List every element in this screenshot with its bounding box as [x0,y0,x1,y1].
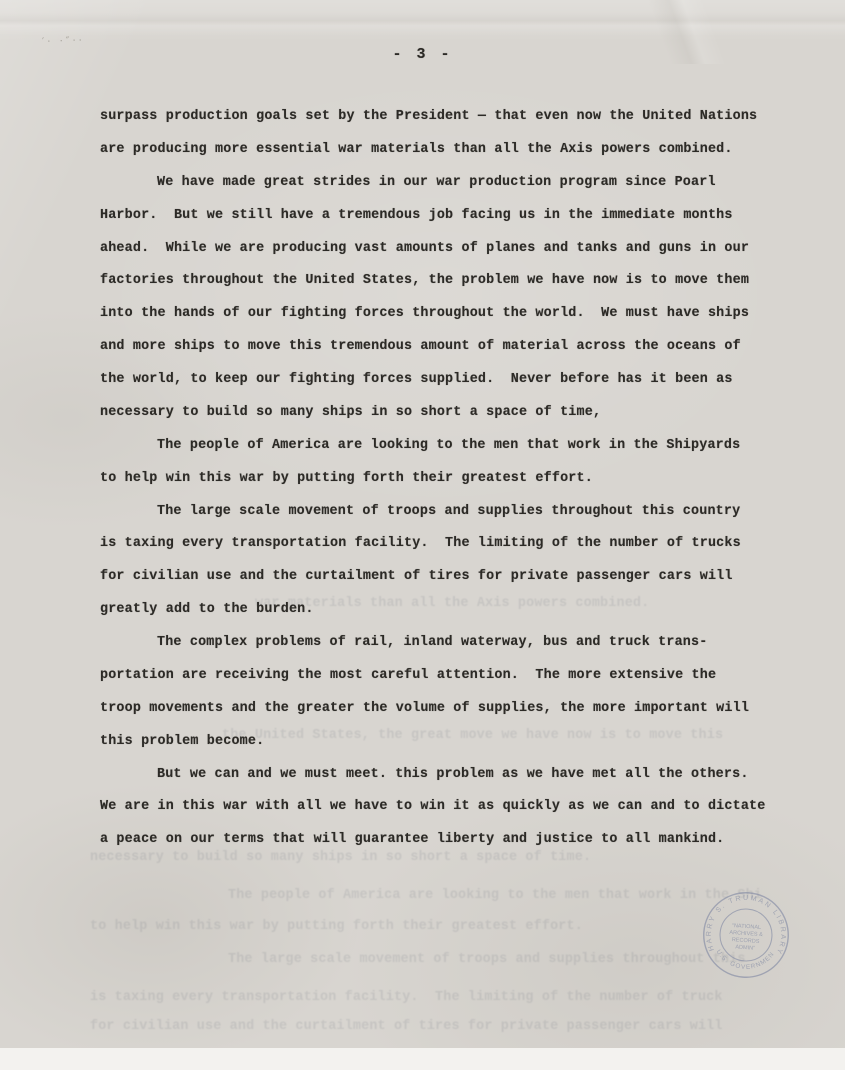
scan-background-strip [0,1048,845,1070]
document-line: is taxing every transportation facility.… [100,528,790,561]
document-line: troop movements and the greater the volu… [100,693,790,726]
document-line: ahead. While we are producing vast amoun… [100,233,790,266]
page-number: - 3 - [0,46,845,63]
ghost-line: The people of America are looking to the… [228,888,762,903]
ghost-line: to help win this war by putting forth th… [90,919,583,934]
document-line: We are in this war with all we have to w… [100,791,790,824]
document-line: are producing more essential war materia… [100,134,790,167]
document-line: a peace on our terms that will guarantee… [100,824,790,857]
ghost-line: The large scale movement of troops and s… [228,952,746,967]
document-line: portation are receiving the most careful… [100,660,790,693]
document-line: The people of America are looking to the… [100,430,790,463]
document-line: Harbor. But we still have a tremendous j… [100,200,790,233]
document-line: and more ships to move this tremendous a… [100,331,790,364]
document-line: for civilian use and the curtailment of … [100,561,790,594]
document-line: into the hands of our fighting forces th… [100,298,790,331]
paper-sheet: ′· ·″·· - 3 - war materials than all the… [0,0,845,1048]
stamp-center-text-4: ADMIN” [735,944,755,951]
document-line: The large scale movement of troops and s… [100,496,790,529]
document-line: to help win this war by putting forth th… [100,463,790,496]
document-line: necessary to build so many ships in so s… [100,397,790,430]
document-body: surpass production goals set by the Pres… [100,101,790,857]
document-line: The complex problems of rail, inland wat… [100,627,790,660]
document-line: this problem become. [100,726,790,759]
ghost-line: is taxing every transportation facility.… [90,990,723,1005]
document-line: We have made great strides in our war pr… [100,167,790,200]
scanned-page: ′· ·″·· - 3 - war materials than all the… [0,0,845,1070]
ghost-line: for civilian use and the curtailment of … [90,1019,723,1034]
document-line: surpass production goals set by the Pres… [100,101,790,134]
truman-library-stamp: HARRY S. TRUMAN LIBRARY U.S. GOVERNMENT … [702,891,790,979]
document-line: factories throughout the United States, … [100,265,790,298]
document-line: greatly add to the burden. [100,594,790,627]
document-line: But we can and we must meet. this proble… [100,759,790,792]
document-line: the world, to keep our fighting forces s… [100,364,790,397]
